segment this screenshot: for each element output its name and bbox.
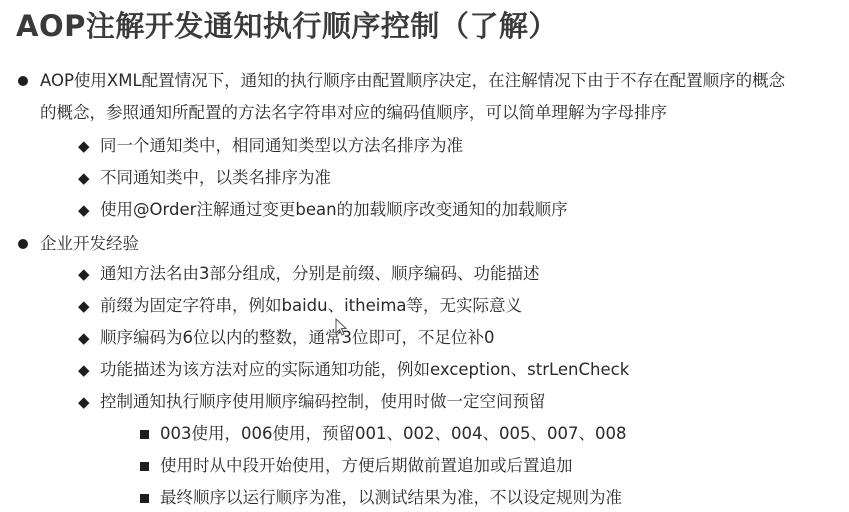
list-item: 控制通知执行顺序使用顺序编码控制，使用时做一定空间预留 [100, 391, 546, 413]
bullet-dot-icon [18, 239, 28, 249]
square-bullet-icon [140, 430, 149, 439]
list-item: 不同通知类中，以类名排序为准 [100, 167, 331, 189]
diamond-bullet-icon: ◆ [78, 329, 90, 347]
diamond-bullet-icon: ◆ [78, 297, 90, 315]
sub-list-item: 最终顺序以运行顺序为准，以测试结果为准，不以设定规则为准 [160, 487, 622, 509]
square-bullet-icon [140, 494, 149, 503]
diamond-bullet-icon: ◆ [78, 169, 90, 187]
sub-list-item: 003使用，006使用，预留001、002、004、005、007、008 [160, 423, 626, 445]
diamond-bullet-icon: ◆ [78, 137, 90, 155]
list-item: 前缀为固定字符串，例如baidu、itheima等，无实际意义 [100, 295, 522, 317]
diamond-bullet-icon: ◆ [78, 265, 90, 283]
paragraph-line: 的概念，参照通知所配置的方法名字符串对应的编码值顺序，可以简单理解为字母排序 [40, 102, 667, 124]
list-item: 通知方法名由3部分组成，分别是前缀、顺序编码、功能描述 [100, 263, 540, 285]
diamond-bullet-icon: ◆ [78, 393, 90, 411]
bullet-dot-icon [18, 76, 28, 86]
mouse-cursor-icon [335, 318, 349, 338]
paragraph-line: AOP使用XML配置情况下，通知的执行顺序由配置顺序决定，在注解情况下由于不存在… [40, 70, 785, 92]
list-item: 功能描述为该方法对应的实际通知功能，例如exception、strLenChec… [100, 359, 629, 381]
square-bullet-icon [140, 462, 149, 471]
slide-title: AOP注解开发通知执行顺序控制（了解） [16, 4, 558, 45]
list-item: 顺序编码为6位以内的整数，通常3位即可，不足位补0 [100, 327, 495, 349]
sub-list-item: 使用时从中段开始使用，方便后期做前置追加或后置追加 [160, 455, 573, 477]
diamond-bullet-icon: ◆ [78, 201, 90, 219]
diamond-bullet-icon: ◆ [78, 361, 90, 379]
section-heading: 企业开发经验 [40, 233, 139, 255]
list-item: 使用@Order注解通过变更bean的加载顺序改变通知的加载顺序 [100, 199, 568, 221]
list-item: 同一个通知类中，相同通知类型以方法名排序为准 [100, 135, 463, 157]
